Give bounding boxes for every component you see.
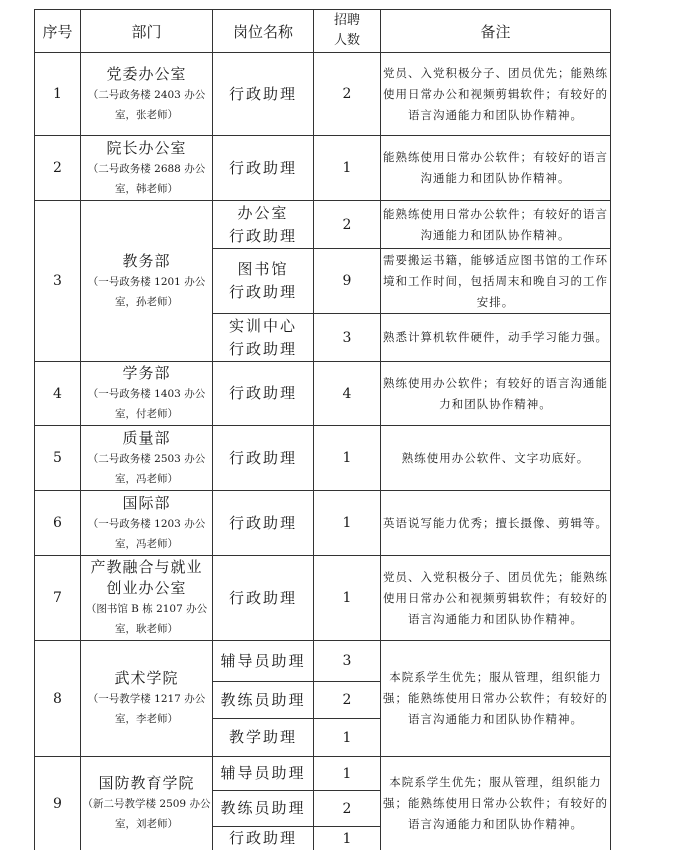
dept-location: （图书馆 B 栋 2107 办公室，耿老师） [81, 599, 212, 639]
dept-name: 院长办公室 [81, 138, 212, 159]
dept-name: 国际部 [81, 493, 212, 514]
count-cell: 1 [314, 757, 381, 791]
table-row: 8 武术学院（一号教学楼 1217 办公室，李老师） 辅导员助理 3 本院系学生… [35, 641, 611, 682]
note-cell: 本院系学生优先；服从管理，组织能力强；能熟练使用日常办公软件；有较好的语言沟通能… [381, 757, 611, 850]
recruitment-table: 序号 部门 岗位名称 招聘人数 备注 1 党委办公室（二号政务楼 2403 办公… [34, 9, 611, 850]
header-dept: 部门 [81, 10, 213, 53]
header-count-line2: 人数 [334, 33, 360, 48]
count-cell: 2 [314, 791, 381, 827]
position-cell: 行政助理 [213, 362, 314, 426]
note-cell: 熟练使用办公软件、文字功底好。 [381, 426, 611, 491]
dept-cell: 质量部（二号政务楼 2503 办公室，冯老师） [81, 426, 213, 491]
count-cell: 1 [314, 426, 381, 491]
header-count-line1: 招聘 [334, 13, 360, 28]
note-cell: 需要搬运书籍，能够适应图书馆的工作环境和工作时间，包括周末和晚自习的工作安排。 [381, 249, 611, 314]
dept-location: （一号政务楼 1201 办公室，孙老师） [81, 272, 212, 312]
table-row: 2 院长办公室（二号政务楼 2688 办公室，韩老师） 行政助理 1 能熟练使用… [35, 136, 611, 201]
dept-name: 教务部 [81, 251, 212, 272]
table-row: 9 国防教育学院（新二号教学楼 2509 办公室，刘老师） 辅导员助理 1 本院… [35, 757, 611, 791]
position-cell: 教练员助理 [213, 791, 314, 827]
dept-location: （一号教学楼 1217 办公室，李老师） [81, 689, 212, 729]
position-cell: 辅导员助理 [213, 641, 314, 682]
position-line2: 行政助理 [229, 227, 297, 245]
dept-cell: 党委办公室（二号政务楼 2403 办公室，张老师） [81, 53, 213, 136]
position-cell: 教练员助理 [213, 682, 314, 719]
dept-cell: 教务部（一号政务楼 1201 办公室，孙老师） [81, 201, 213, 362]
count-cell: 3 [314, 641, 381, 682]
header-row: 序号 部门 岗位名称 招聘人数 备注 [35, 10, 611, 53]
note-cell: 党员、入党积极分子、团员优先；能熟练使用日常办公和视频剪辑软件；有较好的语言沟通… [381, 53, 611, 136]
dept-name: 产教融合与就业创业办公室 [81, 557, 212, 599]
position-line1: 图书馆 [237, 260, 288, 278]
table-row: 1 党委办公室（二号政务楼 2403 办公室，张老师） 行政助理 2 党员、入党… [35, 53, 611, 136]
count-cell: 4 [314, 362, 381, 426]
note-cell: 本院系学生优先；服从管理，组织能力强；能熟练使用日常办公软件；有较好的语言沟通能… [381, 641, 611, 757]
seq-cell: 1 [35, 53, 81, 136]
note-cell: 英语说写能力优秀；擅长摄像、剪辑等。 [381, 491, 611, 556]
count-cell: 3 [314, 314, 381, 362]
dept-location: （二号政务楼 2403 办公室，张老师） [81, 85, 212, 125]
position-cell: 行政助理 [213, 53, 314, 136]
dept-location: （新二号教学楼 2509 办公室，刘老师） [81, 794, 212, 834]
position-line2: 行政助理 [229, 283, 297, 301]
count-cell: 2 [314, 201, 381, 249]
count-cell: 1 [314, 556, 381, 641]
seq-cell: 5 [35, 426, 81, 491]
dept-cell: 武术学院（一号教学楼 1217 办公室，李老师） [81, 641, 213, 757]
dept-cell: 国际部（一号政务楼 1203 办公室，冯老师） [81, 491, 213, 556]
dept-cell: 院长办公室（二号政务楼 2688 办公室，韩老师） [81, 136, 213, 201]
position-cell: 行政助理 [213, 136, 314, 201]
position-cell: 行政助理 [213, 491, 314, 556]
header-note: 备注 [381, 10, 611, 53]
dept-name: 质量部 [81, 428, 212, 449]
seq-cell: 8 [35, 641, 81, 757]
position-line1: 办公室 [237, 204, 288, 222]
seq-cell: 3 [35, 201, 81, 362]
header-count: 招聘人数 [314, 10, 381, 53]
note-cell: 能熟练使用日常办公软件；有较好的语言沟通能力和团队协作精神。 [381, 136, 611, 201]
position-cell: 图书馆行政助理 [213, 249, 314, 314]
dept-location: （一号政务楼 1203 办公室，冯老师） [81, 514, 212, 554]
position-line1: 实训中心 [229, 317, 297, 335]
table-row: 4 学务部（一号政务楼 1403 办公室，付老师） 行政助理 4 熟练使用办公软… [35, 362, 611, 426]
seq-cell: 7 [35, 556, 81, 641]
count-cell: 2 [314, 682, 381, 719]
dept-name: 武术学院 [81, 668, 212, 689]
note-cell: 熟练使用办公软件；有较好的语言沟通能力和团队协作精神。 [381, 362, 611, 426]
count-cell: 1 [314, 491, 381, 556]
dept-location: （二号政务楼 2688 办公室，韩老师） [81, 159, 212, 199]
position-cell: 教学助理 [213, 719, 314, 757]
dept-name: 国防教育学院 [81, 773, 212, 794]
dept-name: 学务部 [81, 363, 212, 384]
dept-name: 党委办公室 [81, 64, 212, 85]
seq-cell: 4 [35, 362, 81, 426]
note-cell: 党员、入党积极分子、团员优先；能熟练使用日常办公和视频剪辑软件；有较好的语言沟通… [381, 556, 611, 641]
position-cell: 行政助理 [213, 426, 314, 491]
position-cell: 办公室行政助理 [213, 201, 314, 249]
table-row: 7 产教融合与就业创业办公室（图书馆 B 栋 2107 办公室，耿老师） 行政助… [35, 556, 611, 641]
dept-cell: 国防教育学院（新二号教学楼 2509 办公室，刘老师） [81, 757, 213, 850]
count-cell: 9 [314, 249, 381, 314]
position-cell: 行政助理 [213, 827, 314, 850]
table-row: 5 质量部（二号政务楼 2503 办公室，冯老师） 行政助理 1 熟练使用办公软… [35, 426, 611, 491]
dept-cell: 产教融合与就业创业办公室（图书馆 B 栋 2107 办公室，耿老师） [81, 556, 213, 641]
note-cell: 熟悉计算机软件硬件，动手学习能力强。 [381, 314, 611, 362]
count-cell: 2 [314, 53, 381, 136]
dept-location: （一号政务楼 1403 办公室，付老师） [81, 384, 212, 424]
note-cell: 能熟练使用日常办公软件；有较好的语言沟通能力和团队协作精神。 [381, 201, 611, 249]
seq-cell: 6 [35, 491, 81, 556]
position-line2: 行政助理 [229, 340, 297, 358]
table-row: 3 教务部（一号政务楼 1201 办公室，孙老师） 办公室行政助理 2 能熟练使… [35, 201, 611, 249]
header-position: 岗位名称 [213, 10, 314, 53]
count-cell: 1 [314, 136, 381, 201]
count-cell: 1 [314, 719, 381, 757]
position-cell: 实训中心行政助理 [213, 314, 314, 362]
table-row: 6 国际部（一号政务楼 1203 办公室，冯老师） 行政助理 1 英语说写能力优… [35, 491, 611, 556]
seq-cell: 9 [35, 757, 81, 850]
dept-cell: 学务部（一号政务楼 1403 办公室，付老师） [81, 362, 213, 426]
seq-cell: 2 [35, 136, 81, 201]
position-cell: 辅导员助理 [213, 757, 314, 791]
count-cell: 1 [314, 827, 381, 850]
header-seq: 序号 [35, 10, 81, 53]
position-cell: 行政助理 [213, 556, 314, 641]
dept-location: （二号政务楼 2503 办公室，冯老师） [81, 449, 212, 489]
